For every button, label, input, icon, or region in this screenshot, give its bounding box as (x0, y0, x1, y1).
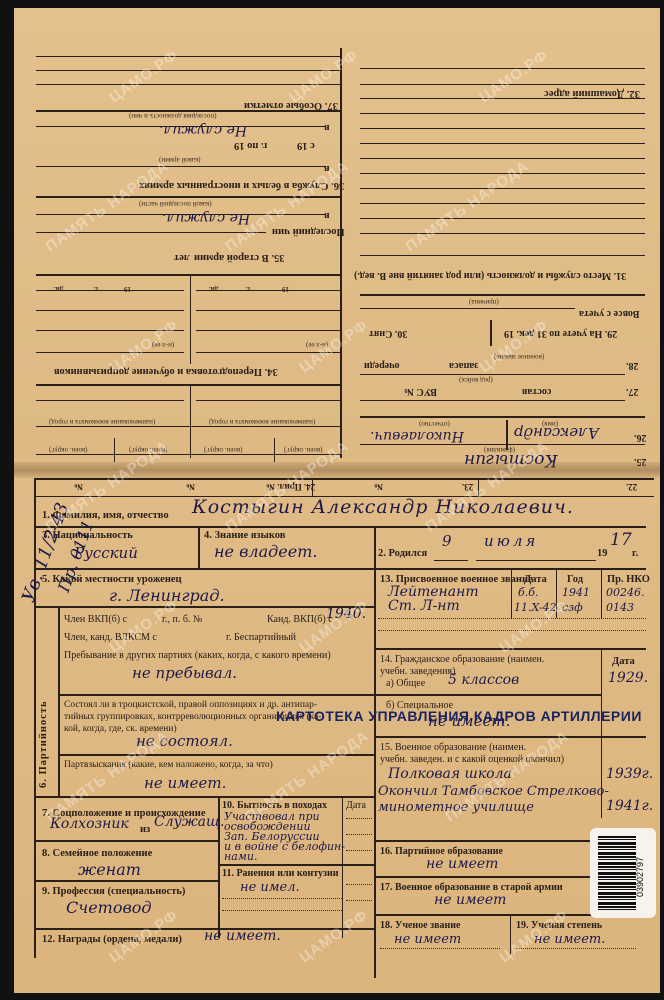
field-6-vertical-label: 6. Партийность (38, 700, 49, 788)
birth-day: 9 (442, 532, 452, 550)
field-28-queue: очереди (364, 360, 400, 371)
barcode-sticker: 03902797 (590, 828, 656, 918)
field-27-composition: состав (522, 386, 551, 397)
field-4-value: не владеет. (214, 542, 317, 561)
field-34-label: 34. Переподготовка и обучение допризывни… (54, 366, 278, 377)
field-27-label: 27. (626, 386, 639, 397)
field-29-label: 29. На учете по 31 дек. 19 (504, 328, 617, 339)
field-7-value-1: Колхозник (50, 816, 129, 832)
field-15-value-1: Полковая школа (388, 766, 512, 782)
field-35-years: лет (174, 252, 190, 263)
field-8-label: 8. Семейное положение (42, 848, 152, 859)
field-27-hint: (род войск) (459, 376, 493, 384)
field-5-value: г. Ленинград. (109, 586, 225, 605)
field-30-label: 30. Снят (369, 328, 407, 339)
field-6-other-parties-value: не пребывал. (132, 664, 237, 682)
field-14-date-value: 1929. (608, 670, 648, 686)
field-36-v2: в (324, 122, 330, 133)
voenkomat-hint-right: (наименование военкомата и город) (209, 418, 315, 426)
field-22-label: 22. (626, 482, 637, 492)
field-24-label: 24. Прил. № (266, 482, 315, 492)
barcode-icon (598, 836, 636, 910)
field-36-from: с 19 (297, 140, 315, 151)
field-29-removed-label: Вовсе с учета (579, 308, 640, 319)
field-23-label: 23. (462, 482, 473, 492)
field-31-label: 31. Место службы и должность (или род за… (354, 270, 626, 281)
field-34-right-hint: (н-л ее) (306, 341, 328, 349)
upper-section-rotated: 32. Домашний адрес 31. Место службы и до… (14, 8, 660, 468)
field-8-value: женат (78, 860, 141, 879)
field-36-to: г. по 19 (234, 140, 267, 151)
field-36-v2-hint: (последняя должность и чин) (129, 112, 217, 120)
field-35-v: в (324, 210, 330, 221)
field-17-value: не имеет (434, 892, 506, 908)
field-15-year-2: 1941г. (606, 798, 653, 814)
field-19-value: не имеет. (534, 932, 605, 947)
field-13-col-date: Дата (524, 574, 547, 585)
field-29-cause-hint: (причина) (469, 298, 499, 306)
field-36-value: Не служил. (159, 122, 247, 138)
field-6-candidate-value: 1940. (326, 606, 366, 622)
voenkomat-hint-left: (наименование военкомата и город) (49, 418, 155, 426)
fold-crease (14, 462, 660, 478)
field-12-label: 12. Награды (ордена, медали) (42, 934, 182, 945)
field-28-hint: (военное звание) (494, 353, 544, 361)
field-1-value: Костыгин Александр Николаевич. (192, 496, 574, 518)
barcode-number: 03902797 (635, 847, 645, 907)
field-15-value-3: минометное училище (378, 800, 534, 815)
field-11-label: 11. Ранения или контузии (222, 868, 339, 879)
field-26-label: 26. (634, 432, 647, 443)
field-18-label: 18. Ученое звание (380, 920, 461, 931)
field-12-value: не имеет. (204, 928, 281, 944)
field-13-col-order: Пр. НКО (607, 574, 650, 585)
field-9-label: 9. Профессия (специальность) (42, 886, 185, 897)
field-32-label: 32. Домашний адрес (544, 88, 640, 99)
field-13-col-year: Год (567, 574, 583, 585)
field-26-patronymic-value: Николаевич. (370, 428, 464, 444)
birth-month: июля (484, 532, 538, 550)
field-35-value: Не служил. (162, 210, 250, 226)
field-18-value: не имеет (394, 932, 461, 947)
field-35-hint: (какой последней части) (139, 200, 212, 208)
field-4-label: 4. Знание языков (204, 530, 285, 541)
field-15-year-1: 1939г. (606, 766, 653, 782)
field-35-last-rank: Последний чин (272, 226, 345, 237)
field-28-label: 28. (626, 360, 639, 371)
field-15-value-2: Окончил Тамбовское Стрелково- (378, 784, 609, 799)
field-10-value-5: нами. (224, 850, 258, 863)
field-2-label: 2. Родился (378, 548, 427, 559)
field-36-v1-hint: (какой армии) (159, 156, 201, 164)
field-14-general-value: 5 классов (448, 672, 519, 688)
field-36-label: 36. Служба в белых и иностранных армиях (139, 180, 344, 191)
field-11-value: не имел. (240, 880, 300, 895)
birth-year: 17 (610, 530, 632, 550)
field-6-opposition-value: не состоял. (136, 732, 233, 750)
field-26-name-value: Александр (514, 424, 599, 442)
field-6-penalty-value: не имеет. (144, 774, 226, 792)
archive-stamp: КАРТОТЕКА УПРАВЛЕНИЯ КАДРОВ АРТИЛЛЕРИИ (276, 708, 642, 724)
field-27-vus: ВУС № (404, 386, 437, 397)
field-19-label: 19. Ученая степень (516, 920, 602, 931)
field-26-patronymic-hint: (отчество) (419, 420, 450, 428)
field-28-reserve: запаса (449, 360, 478, 371)
field-7-value-2: Служащ. (154, 814, 224, 830)
field-36-v1: в (324, 163, 330, 174)
field-34-left-hint: (н-л ее) (152, 341, 174, 349)
field-9-value: Счетовод (66, 898, 152, 917)
field-35-label: 35. В старой армии (194, 252, 285, 263)
field-16-value: не имеет (426, 856, 498, 872)
personnel-card: 32. Домашний адрес 31. Место службы и до… (14, 8, 660, 993)
